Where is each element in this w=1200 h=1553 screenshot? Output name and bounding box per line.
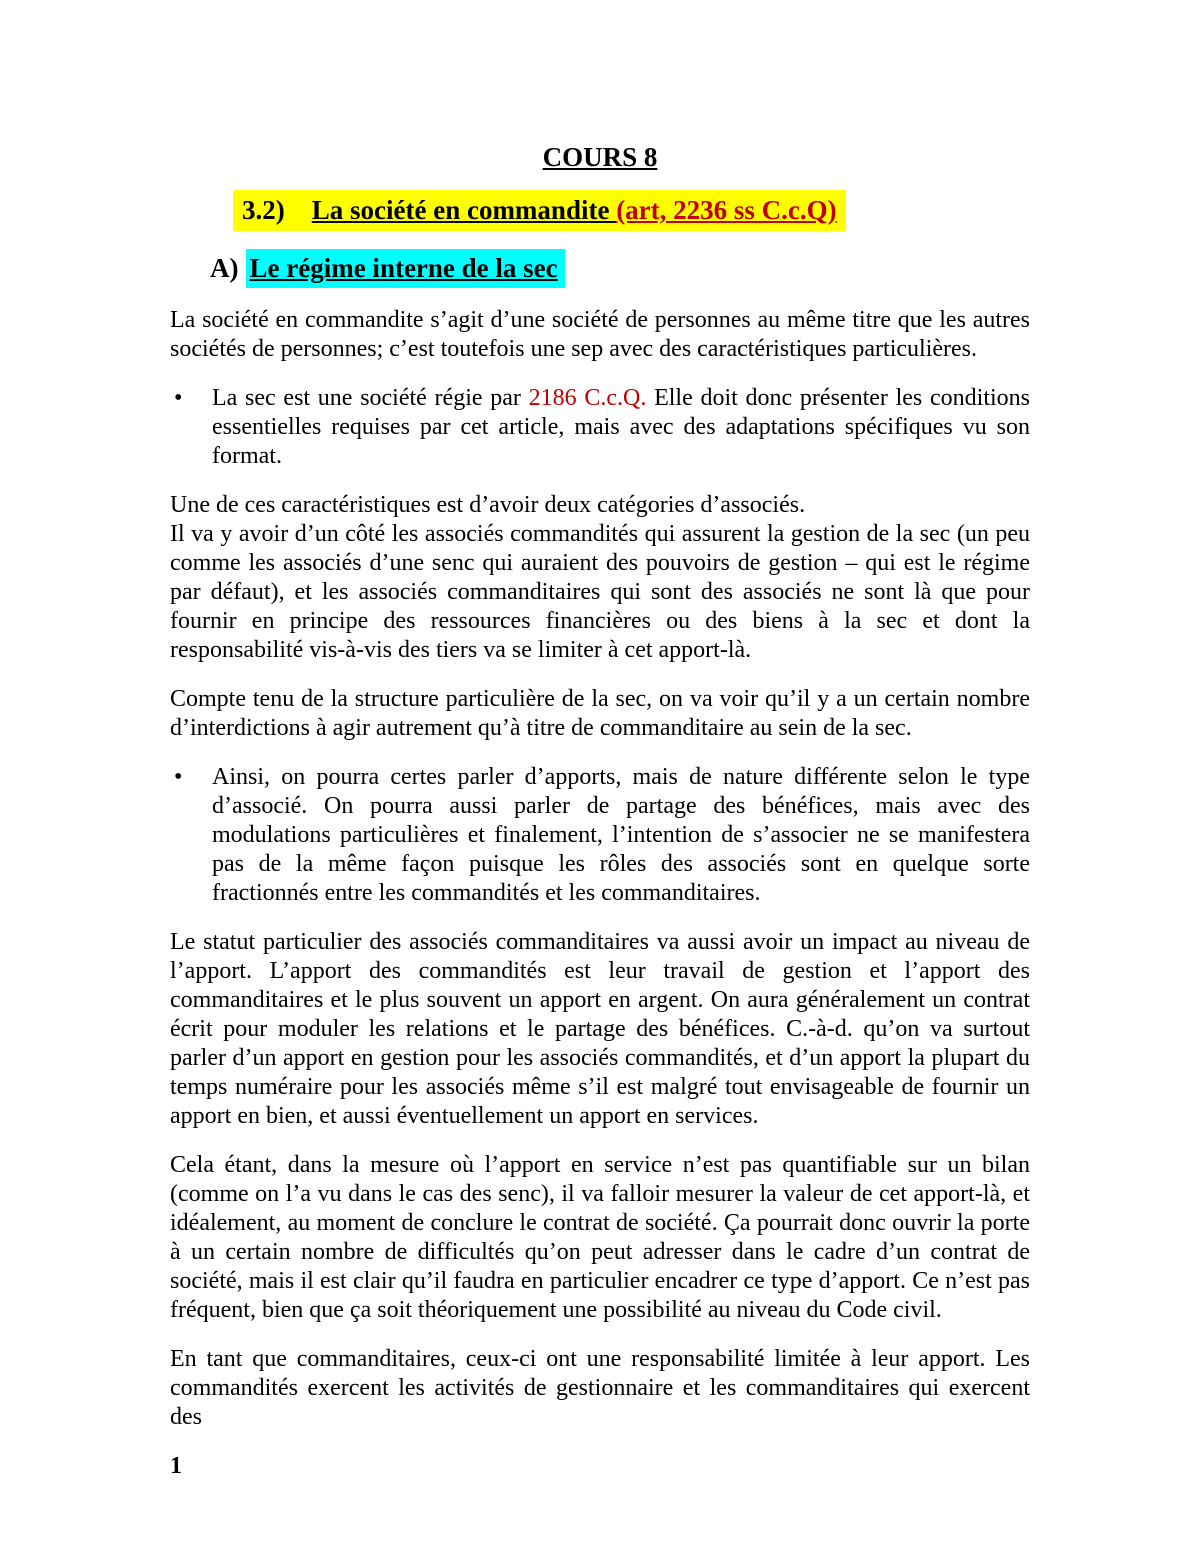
bullet-item-1: •La sec est une société régie par 2186 C… [170, 384, 1030, 471]
bullet-item-2: •Ainsi, on pourra certes parler d’apport… [170, 763, 1030, 908]
subsection-heading-a: A)Le régime interne de la sec [210, 249, 1030, 288]
subsection-letter: A) [210, 253, 239, 283]
page-number: 1 [170, 1452, 1030, 1481]
yellow-highlight: 3.2)La société en commandite (art, 2236 … [233, 190, 846, 231]
bullet-icon: • [174, 384, 182, 413]
bullet-1-text: La sec est une société régie par 2186 C.… [212, 385, 1030, 469]
cyan-highlight: Le régime interne de la sec [246, 249, 565, 288]
bullet-1-legal-ref: 2186 C.c.Q. [529, 385, 647, 411]
document-page: COURS 8 3.2)La société en commandite (ar… [0, 0, 1200, 1553]
doc-title: COURS 8 [170, 142, 1030, 173]
paragraph-categories-intro: Une de ces caractéristiques est d’avoir … [170, 491, 1030, 520]
section-heading-3-2: 3.2)La société en commandite (art, 2236 … [233, 190, 1030, 231]
paragraph-responsabilite: En tant que commanditaires, ceux-ci ont … [170, 1345, 1030, 1432]
subsection-heading-text: Le régime interne de la sec [250, 253, 558, 283]
bullet-2-text: Ainsi, on pourra certes parler d’apports… [212, 764, 1030, 906]
section-heading-legal-ref: (art, 2236 ss C.c.Q) [616, 195, 836, 225]
doc-title-text: COURS 8 [543, 142, 658, 172]
paragraph-apport: Le statut particulier des associés comma… [170, 928, 1030, 1131]
bullet-1-text-pre: La sec est une société régie par [212, 385, 529, 411]
paragraph-categories-detail: Il va y avoir d’un côté les associés com… [170, 520, 1030, 665]
paragraph-apport-service: Cela étant, dans la mesure où l’apport e… [170, 1151, 1030, 1325]
bullet-icon: • [174, 763, 182, 792]
paragraph-intro: La société en commandite s’agit d’une so… [170, 306, 1030, 364]
paragraph-structure: Compte tenu de la structure particulière… [170, 685, 1030, 743]
section-number: 3.2) [242, 195, 285, 225]
section-heading-text: La société en commandite [312, 195, 616, 225]
